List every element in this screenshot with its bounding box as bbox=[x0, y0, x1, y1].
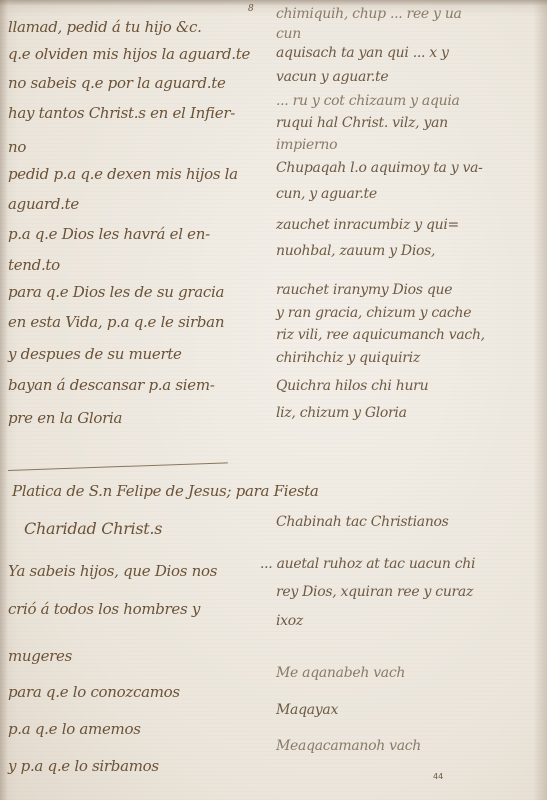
text-line: riz vili, ree aquicumanch vach, bbox=[276, 327, 485, 343]
section-divider bbox=[8, 462, 228, 471]
text-line: para q.e lo conozcamos bbox=[8, 683, 180, 701]
text-line: Ya sabeis hijos, que Dios nos bbox=[8, 562, 217, 580]
text-line: llamad, pedid á tu hijo &c. bbox=[8, 18, 202, 36]
text-line: y despues de su muerte bbox=[8, 345, 182, 363]
text-line: pedid p.a q.e dexen mis hijos la bbox=[8, 165, 238, 183]
text-line: Quichra hilos chi huru bbox=[276, 378, 428, 394]
text-line: bayan á descansar p.a siem- bbox=[8, 376, 215, 394]
text-line: nuohbal, zauum y Dios, bbox=[276, 243, 435, 259]
text-line: ruqui hal Christ. vilz, yan bbox=[276, 115, 448, 131]
section-heading: Platica de S.n Felipe de Jesus; para Fie… bbox=[12, 482, 319, 500]
text-line: no bbox=[8, 138, 26, 156]
text-line: tend.to bbox=[8, 256, 60, 274]
text-line: chirihchiz y quiquiriz bbox=[276, 350, 420, 366]
text-line: vacun y aguar.te bbox=[276, 69, 388, 85]
text-line: y ran gracia, chizum y cache bbox=[276, 305, 471, 321]
text-line: liz, chizum y Gloria bbox=[276, 405, 407, 421]
text-line: Chupaqah l.o aquimoy ta y va- bbox=[276, 160, 483, 176]
text-line: hay tantos Christ.s en el Infier- bbox=[8, 104, 235, 122]
text-line: aguard.te bbox=[8, 195, 79, 213]
text-line: rey Dios, xquiran ree y curaz bbox=[276, 584, 473, 600]
text-line: aquisach ta yan qui ... x y bbox=[276, 45, 449, 61]
text-line: no sabeis q.e por la aguard.te bbox=[8, 74, 226, 92]
text-line: cun bbox=[276, 26, 301, 42]
text-line: Maqayax bbox=[276, 702, 338, 718]
text-line: Meaqacamanoh vach bbox=[276, 738, 421, 754]
text-line: en esta Vida, p.a q.e le sirban bbox=[8, 313, 224, 331]
text-line: Charidad Christ.s bbox=[24, 519, 162, 538]
folio-mark: 8 bbox=[248, 4, 254, 14]
text-line: cun, y aguar.te bbox=[276, 186, 377, 202]
text-line: mugeres bbox=[8, 647, 72, 665]
text-line: q.e olviden mis hijos la aguard.te bbox=[8, 45, 250, 63]
text-line: para q.e Dios les de su gracia bbox=[8, 283, 224, 301]
text-line: Me aqanabeh vach bbox=[276, 665, 405, 681]
text-line: zauchet inracumbiz y qui= bbox=[276, 217, 459, 233]
text-line: ... auetal ruhoz at tac uacun chi bbox=[260, 556, 475, 572]
text-line: ixoz bbox=[276, 613, 303, 629]
page-number: 44 bbox=[433, 772, 443, 781]
text-line: impierno bbox=[276, 137, 337, 153]
text-line: Chabinah tac Christianos bbox=[276, 514, 449, 530]
text-line: rauchet iranymy Dios que bbox=[276, 282, 452, 298]
text-line: ... ru y cot chizaum y aquia bbox=[276, 93, 460, 109]
manuscript-page: 8 llamad, pedid á tu hijo &c. q.e olvide… bbox=[0, 0, 547, 800]
text-line: p.a q.e Dios les havrá el en- bbox=[8, 225, 210, 243]
text-line: chimiquih, chup ... ree y ua bbox=[276, 6, 462, 22]
text-line: pre en la Gloria bbox=[8, 409, 122, 427]
text-line: crió á todos los hombres y bbox=[8, 600, 200, 618]
text-line: p.a q.e lo amemos bbox=[8, 720, 141, 738]
text-line: y p.a q.e lo sirbamos bbox=[8, 757, 159, 775]
